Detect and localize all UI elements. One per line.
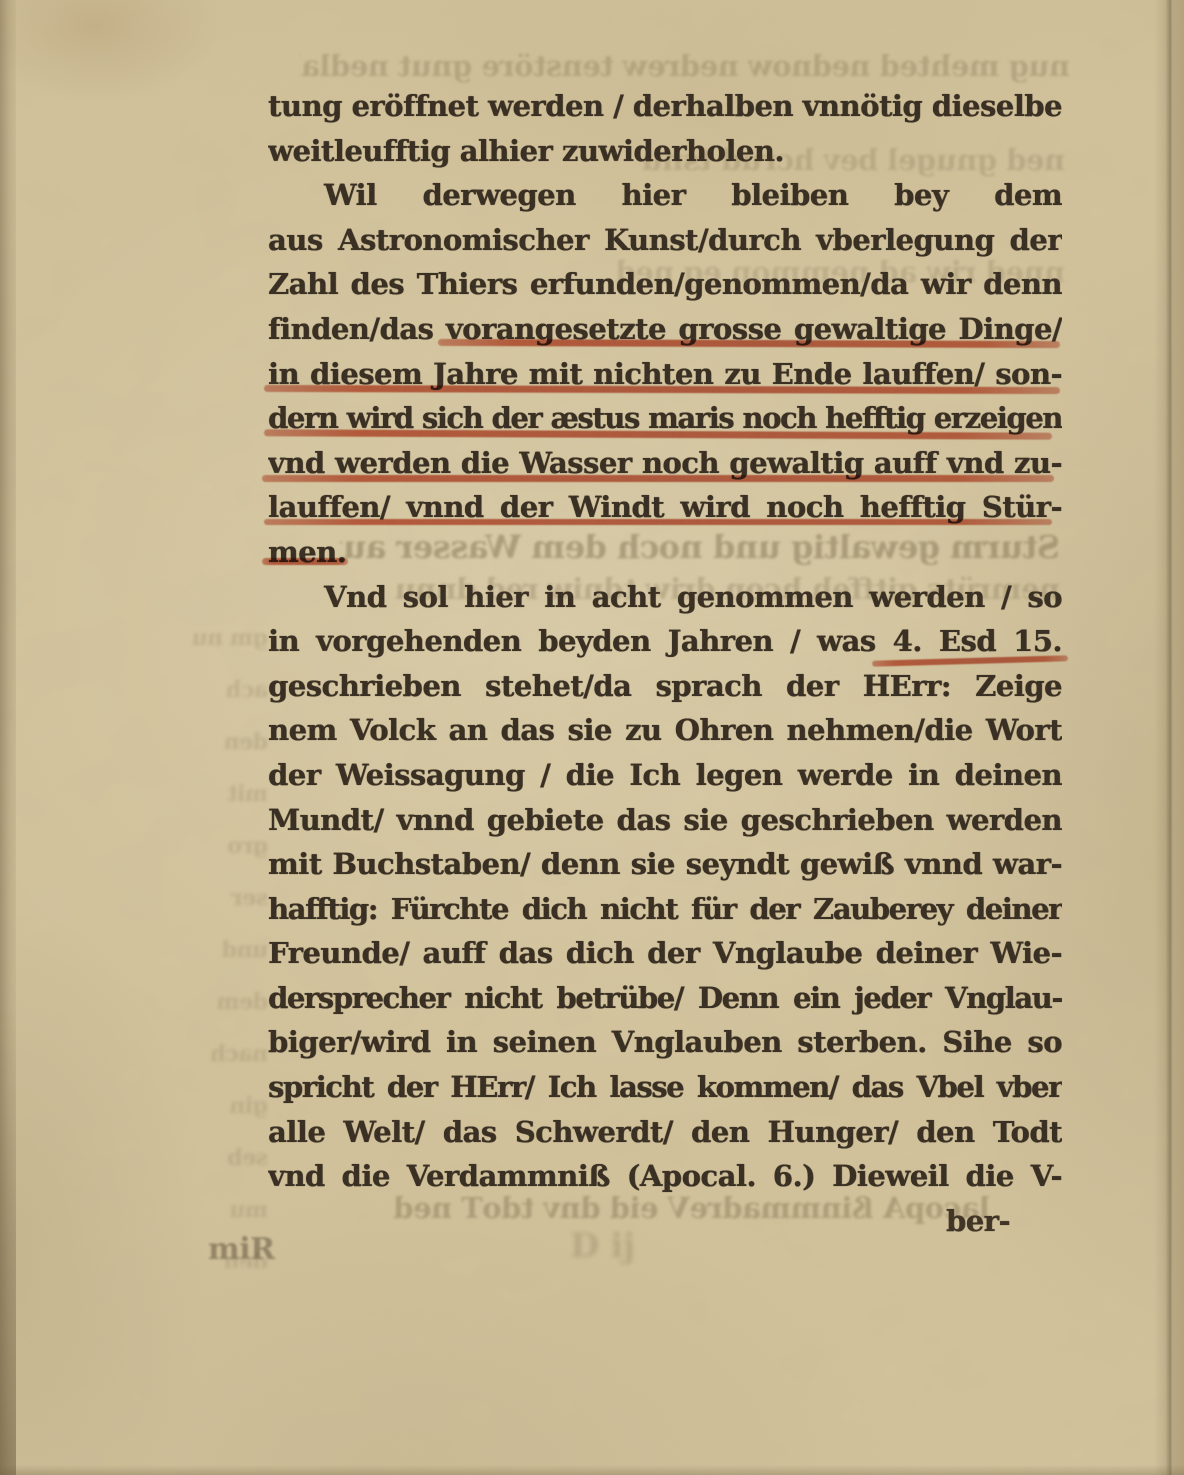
binding-gutter-shadow	[0, 0, 16, 1475]
text-line: geschrieben stehet/da sprach der HErr: Z…	[268, 664, 1062, 709]
page-fold-edge	[1154, 0, 1184, 1475]
text-line: tung eröffnet werden / derhalben vnnötig…	[268, 84, 1062, 129]
text-line: in vorgehenden beyden Jahren / was 4. Es…	[268, 619, 1062, 664]
red-underline-mark	[262, 558, 348, 565]
text-line: alle Welt/ das Schwerdt/ den Hunger/ den…	[268, 1110, 1062, 1155]
page-bottom-shadow	[0, 1465, 1184, 1475]
text-line: Freunde/ auff das dich der Vnglaube dein…	[268, 931, 1062, 976]
text-line: vnd die Verdammniß (Apocal. 6.) Dieweil …	[268, 1154, 1062, 1199]
text-line: der Weissagung / die Ich legen werde in …	[268, 753, 1062, 798]
red-underline-mark	[262, 475, 1054, 482]
catchword: ber-	[268, 1199, 1062, 1244]
text-line: men.	[268, 530, 1062, 575]
text-line: hafftig: Fürchte dich nicht für der Zaub…	[268, 887, 1062, 932]
bleedthrough-margin-column: gm nu ach den mit gro ser und dem nach g…	[192, 612, 268, 1268]
text-line: nem Volck an das sie zu Ohren nehmen/die…	[268, 708, 1062, 753]
text-line: Zahl des Thiers erfunden/genommen/da wir…	[268, 262, 1062, 307]
text-line: aus Astronomischer Kunst/durch vberlegun…	[268, 218, 1062, 263]
text-line: mit Buchstaben/ denn sie seyndt gewiß vn…	[268, 842, 1062, 887]
text-line: biger/wird in seinen Vnglauben sterben. …	[268, 1020, 1062, 1065]
bleedthrough-text: nug mehted nednow nedrew tenstöre gnut n…	[300, 46, 1070, 88]
text-line: Vnd sol hier in acht genommen werden / s…	[268, 575, 1062, 620]
text-line: weitleufftig alhier zuwiderholen.	[268, 129, 1062, 174]
red-underline-mark	[264, 519, 1052, 525]
book-page: nug mehted nednow nedrew tenstöre gnut n…	[0, 0, 1184, 1475]
text-line: Wil derwegen hier bleiben bey dem Progno…	[268, 173, 1062, 218]
text-line: spricht der HErr/ Ich lasse kommen/ das …	[268, 1065, 1062, 1110]
text-line: dersprecher nicht betrübe/ Denn ein jede…	[268, 976, 1062, 1021]
text-line: Mundt/ vnnd gebiete das sie geschrieben …	[268, 798, 1062, 843]
